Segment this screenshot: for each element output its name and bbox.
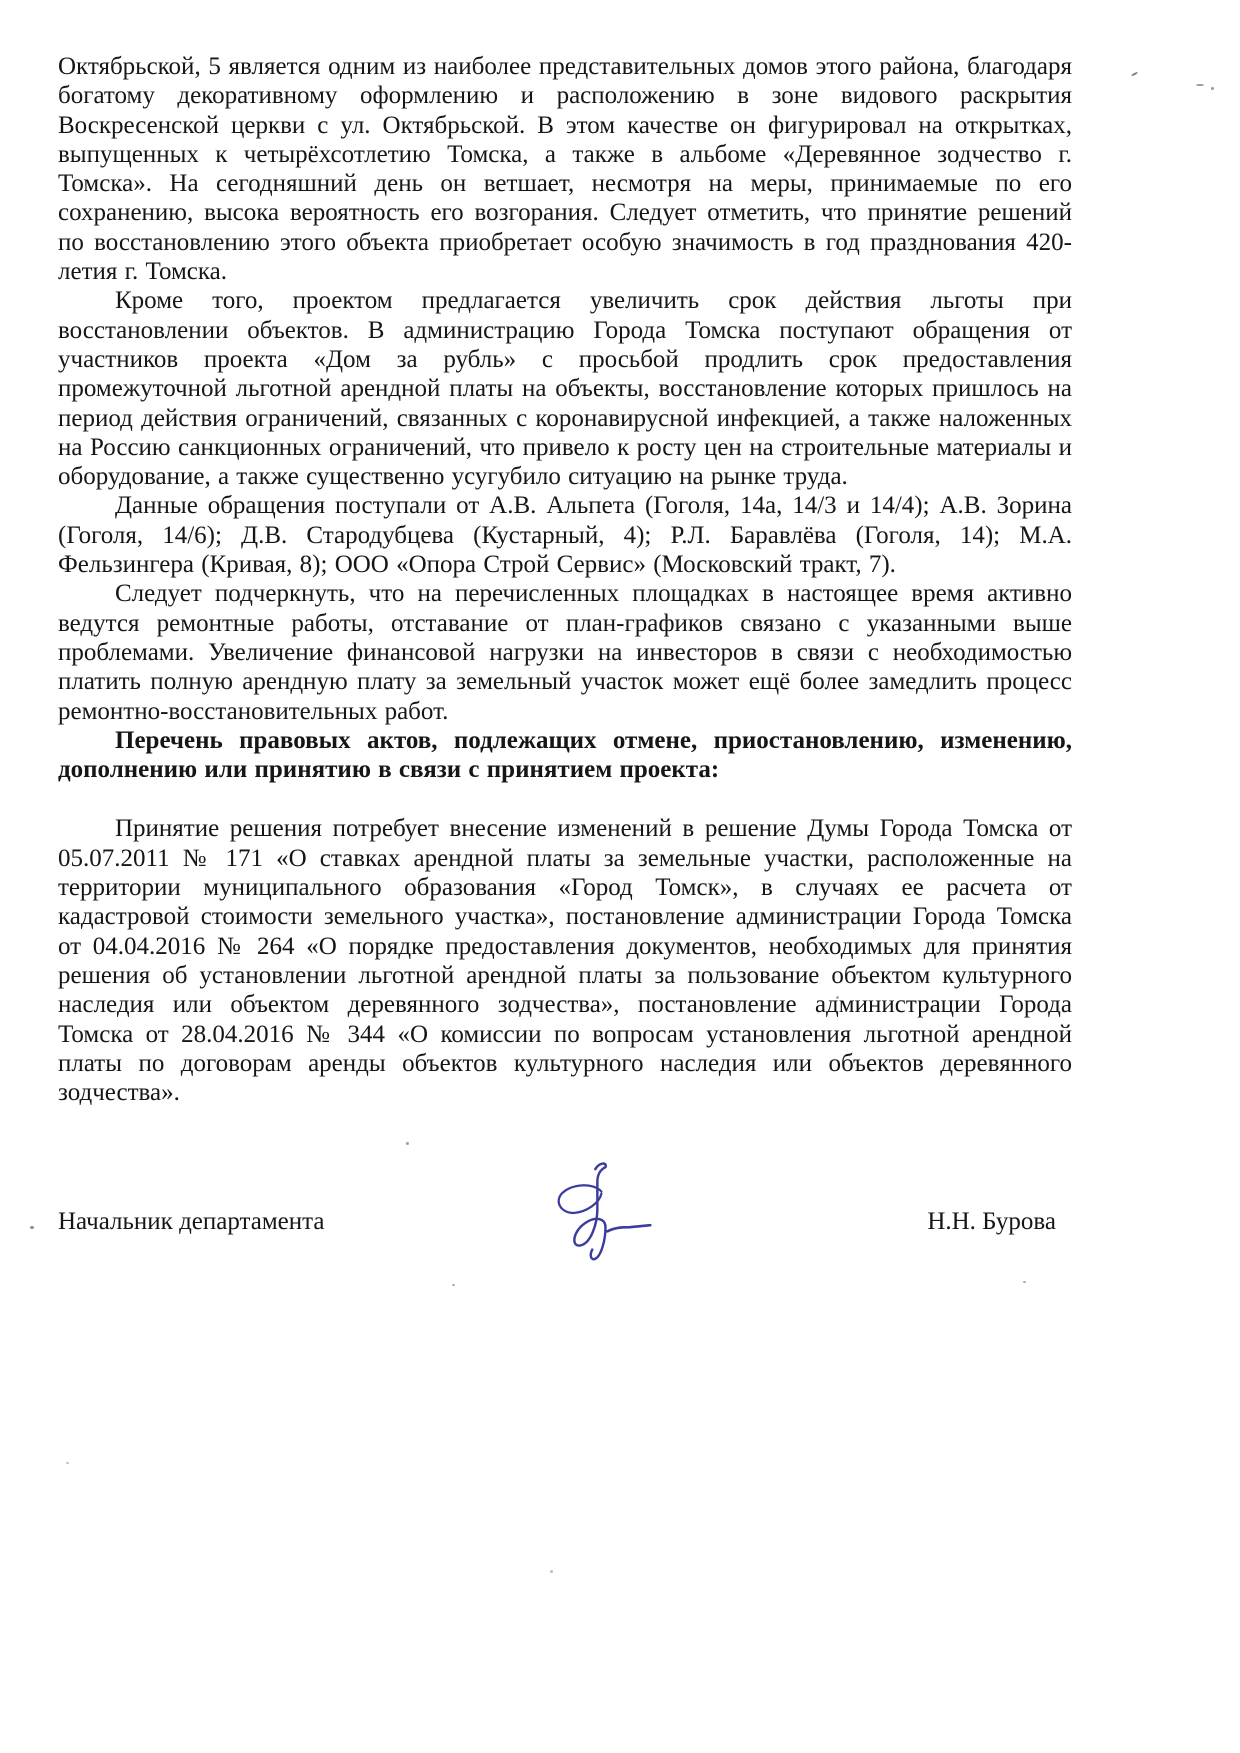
scan-speck (30, 1226, 34, 1229)
handwritten-signature-icon (552, 1160, 660, 1272)
scan-speck (1023, 1281, 1026, 1283)
scan-speck (550, 1570, 553, 1573)
scan-speck (836, 996, 839, 999)
paragraph: Данные обращения поступали от А.В. Альпе… (58, 491, 1072, 579)
paragraph: Следует подчеркнуть, что на перечисленны… (58, 579, 1072, 725)
paragraph: Кроме того, проектом предлагается увелич… (58, 286, 1072, 491)
paragraph: Принятие решения потребует внесение изме… (58, 814, 1072, 1107)
legal-acts-heading: Перечень правовых актов, подлежащих отме… (58, 726, 1072, 785)
scan-speck (1131, 71, 1138, 76)
signatory-name: Н.Н. Бурова (927, 1207, 1056, 1236)
scan-speck (406, 1142, 409, 1145)
signatory-title: Начальник департамента (58, 1207, 324, 1236)
scan-speck (1211, 87, 1214, 90)
scan-speck (452, 1284, 455, 1286)
scan-speck (66, 1462, 69, 1464)
scan-speck (1196, 84, 1204, 86)
paragraph: Октябрьской, 5 является одним из наиболе… (58, 52, 1072, 286)
document-body: Октябрьской, 5 является одним из наиболе… (58, 52, 1072, 1236)
scanned-document-page: Октябрьской, 5 является одним из наиболе… (0, 0, 1240, 1753)
